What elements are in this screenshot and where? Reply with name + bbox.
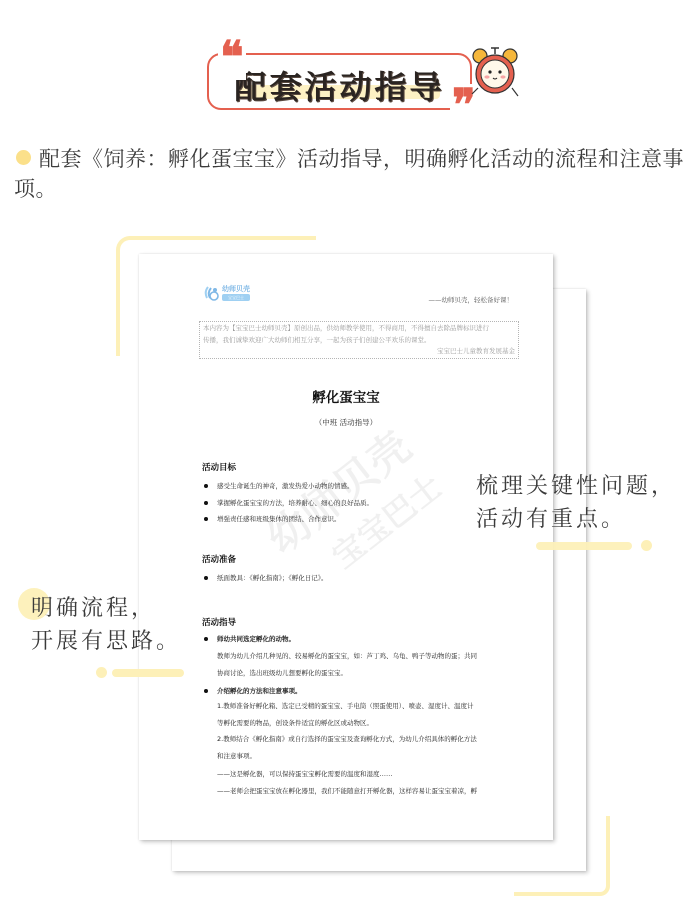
notice-signature: 宝宝巴士儿童教育发展基金 <box>203 346 515 358</box>
banner-title: 配套活动指导 <box>209 62 470 108</box>
guide-dialogue: ——这是孵化器，可以保持蛋宝宝孵化需要的温度和湿度…… ——老师会把蛋宝宝放在孵… <box>217 766 517 799</box>
open-quote-icon: ❝ <box>218 36 246 80</box>
watermark: 幼师贝壳 宝宝巴士 <box>253 408 506 661</box>
list-item: 增强责任感和班级集体的团结、合作意识。 <box>202 513 502 530</box>
list-item: 纸面教具：《孵化指南》；《孵化日记》。 <box>202 572 502 589</box>
decorative-dash <box>514 892 542 896</box>
title-banner: 配套活动指导 <box>207 53 472 110</box>
intro-text: 配套《饲养：孵化蛋宝宝》活动指导，明确孵化活动的流程和注意事项。 <box>14 144 694 204</box>
callout-circle <box>18 588 50 620</box>
intro-text-content: 配套《饲养：孵化蛋宝宝》活动指导，明确孵化活动的流程和注意事项。 <box>14 147 684 201</box>
decorative-dot <box>641 540 652 551</box>
bullet-dot-icon <box>16 150 31 165</box>
list-item: 感受生命诞生的神奇，激发热爱小动物的情感。 <box>202 480 502 497</box>
document-page: 幼师贝壳 宝宝巴士 幼师贝壳 宝宝巴士 ——幼师贝壳，轻松备好课！ 本内容为【宝… <box>139 254 553 840</box>
section-heading-prep: 活动准备 <box>202 553 236 565</box>
slogan: ——幼师贝壳，轻松备好课！ <box>429 295 514 304</box>
copyright-notice: 本内容为【宝宝巴士幼师贝壳】原创出品，供幼师教学使用，不得商用，不得擅自去除品牌… <box>199 321 519 359</box>
list-item: 掌握孵化蛋宝宝的方法，培养耐心、细心的良好品质。 <box>202 497 502 514</box>
section-heading-guide: 活动指导 <box>202 616 236 628</box>
guide-item-1-body: 教师为幼儿介绍几种见的、较易孵化的蛋宝宝，如：芦丁鸡、乌龟、鸭子等动物的蛋；共同… <box>217 648 517 681</box>
logo-text: 幼师贝壳 <box>222 284 250 294</box>
goals-list: 感受生命诞生的神奇，激发热爱小动物的情感。 掌握孵化蛋宝宝的方法，培养耐心、细心… <box>202 480 502 530</box>
alarm-clock-icon <box>466 44 524 102</box>
document-title: 孵化蛋宝宝 <box>139 386 553 406</box>
document-subtitle: （中班 活动指导） <box>139 417 553 428</box>
decorative-dot <box>96 667 107 678</box>
logo-subtext: 宝宝巴士 <box>222 294 250 301</box>
guide-item-2-body: 1.教师准备好孵化箱、选定已受精的蛋宝宝、手电筒（照蛋使用）、喷壶、湿度计、温度… <box>217 698 517 765</box>
shell-logo-icon <box>204 284 220 302</box>
prep-list: 纸面教具：《孵化指南》；《孵化日记》。 <box>202 572 502 589</box>
section-heading-goals: 活动目标 <box>202 461 236 473</box>
brand-logo: 幼师贝壳 宝宝巴士 <box>204 284 254 306</box>
